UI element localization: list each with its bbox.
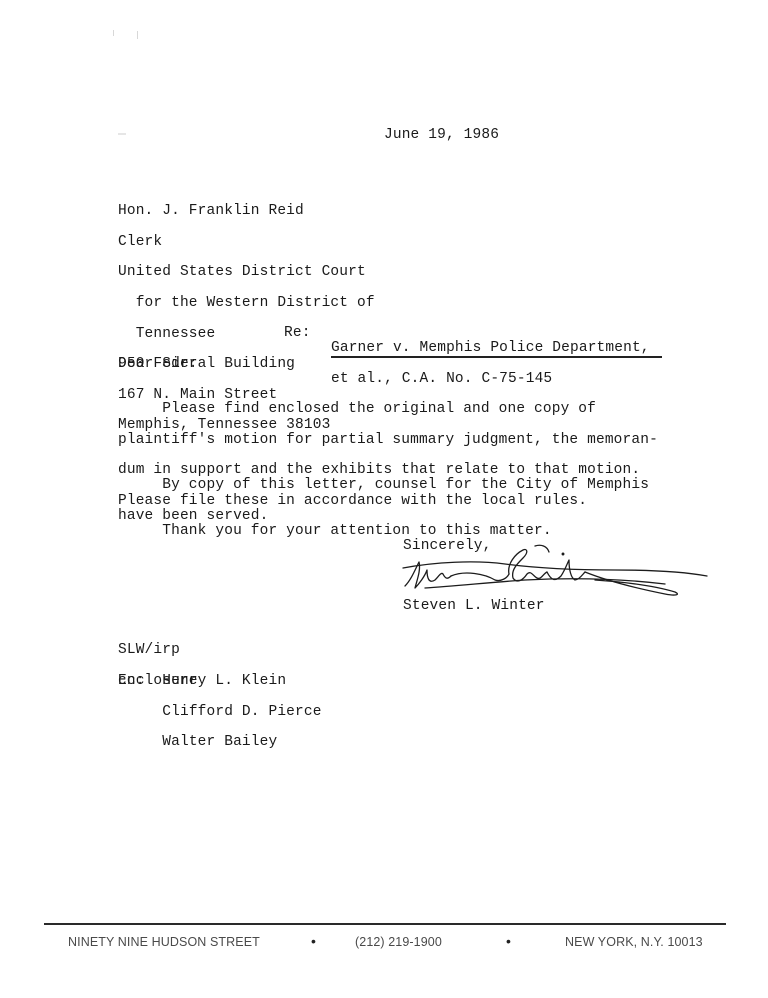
salutation: Dear Sir: xyxy=(118,357,198,372)
cc-recipient: Henry L. Klein xyxy=(162,673,286,689)
cc-recipient: Walter Bailey xyxy=(162,734,277,750)
scan-mark xyxy=(113,30,114,36)
address-line: Clerk xyxy=(118,235,375,250)
paragraph-line: By copy of this letter, counsel for the … xyxy=(118,478,649,493)
address-line: Hon. J. Franklin Reid xyxy=(118,204,375,219)
re-underline xyxy=(331,356,662,358)
paragraph-line: Please find enclosed the original and on… xyxy=(118,402,658,417)
scan-mark xyxy=(137,31,138,39)
cc-label: cc: xyxy=(118,673,145,689)
footer-city: NEW YORK, N.Y. 10013 xyxy=(565,935,703,949)
signature xyxy=(395,540,715,605)
footer-separator-dot: • xyxy=(311,933,316,949)
footer-address: NINETY NINE HUDSON STREET xyxy=(68,935,260,949)
signer-name: Steven L. Winter xyxy=(403,599,545,614)
letter-date: June 19, 1986 xyxy=(384,128,499,143)
address-line: United States District Court xyxy=(118,265,375,280)
footer-rule xyxy=(44,923,726,925)
scan-mark xyxy=(118,133,126,135)
paragraph-line: plaintiff's motion for partial summary j… xyxy=(118,433,658,448)
footer-phone: (212) 219-1900 xyxy=(355,935,442,949)
re-line: Garner v. Memphis Police Department, xyxy=(331,341,650,356)
address-line: for the Western District of xyxy=(118,296,375,311)
footer-separator-dot: • xyxy=(506,933,511,949)
cc-block: cc: Henry L. Klein Clifford D. Pierce Wa… xyxy=(118,659,322,766)
re-line: et al., C.A. No. C-75-145 xyxy=(331,372,650,387)
typist-initials: SLW/irp xyxy=(118,643,198,658)
re-label: Re: xyxy=(284,326,311,341)
cc-recipient: Clifford D. Pierce xyxy=(162,704,321,720)
